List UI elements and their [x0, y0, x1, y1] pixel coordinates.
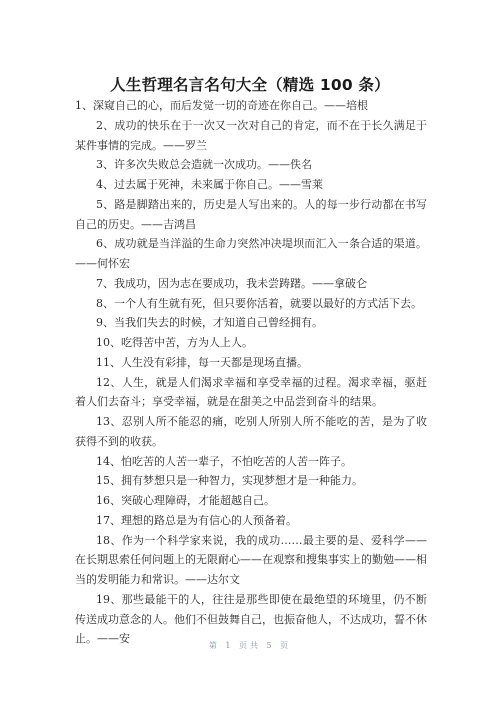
- quote-paragraph-17: 17、理想的路总是为有信心的人预备着。: [75, 511, 427, 531]
- document-body: 1、深窥自己的心，而后发觉一切的奇迹在你自己。——培根 2、成功的快乐在于一次又…: [75, 96, 427, 649]
- quote-paragraph-2: 2、成功的快乐在于一次又一次对自己的肯定，而不在于长久满足于某件事情的完成。——…: [75, 116, 427, 156]
- quote-paragraph-1: 1、深窥自己的心，而后发觉一切的奇迹在你自己。——培根: [75, 96, 427, 116]
- quote-paragraph-7: 7、我成功，因为志在要成功，我未尝踌躇。——拿破仑: [75, 274, 427, 294]
- quote-paragraph-16: 16、突破心理障碍，才能超越自己。: [75, 491, 427, 511]
- quote-paragraph-4: 4、过去属于死神，未来属于你自己。——雪莱: [75, 175, 427, 195]
- document-page: 人生哲理名言名句大全（精选 100 条） 1、深窥自己的心，而后发觉一切的奇迹在…: [0, 0, 500, 707]
- quote-paragraph-15: 15、拥有梦想只是一种智力，实现梦想才是一种能力。: [75, 471, 427, 491]
- quote-paragraph-12: 12、人生，就是人们渴求幸福和享受幸福的过程。渴求幸福，驱赶着人们去奋斗；享受幸…: [75, 373, 427, 413]
- quote-paragraph-10: 10、吃得苦中苦，方为人上人。: [75, 333, 427, 353]
- quote-paragraph-11: 11、人生没有彩排，每一天都是现场直播。: [75, 353, 427, 373]
- quote-paragraph-6: 6、成功就是当洋溢的生命力突然冲决堤坝而汇入一条合适的渠道。——何怀宏: [75, 234, 427, 274]
- quote-paragraph-8: 8、一个人有生就有死，但只要你活着，就要以最好的方式活下去。: [75, 294, 427, 314]
- quote-paragraph-9: 9、当我们失去的时候，才知道自己曾经拥有。: [75, 313, 427, 333]
- quote-paragraph-5: 5、路是脚踏出来的，历史是人写出来的。人的每一步行动都在书写自己的历史。——吉鸿…: [75, 195, 427, 235]
- quote-paragraph-18: 18、作为一个科学家来说，我的成功……最主要的是、爱科学——在长期思索任何问题上…: [75, 531, 427, 590]
- document-title: 人生哲理名言名句大全（精选 100 条）: [0, 74, 500, 96]
- quote-paragraph-14: 14、怕吃苦的人苦一辈子，不怕吃苦的人苦一阵子。: [75, 452, 427, 472]
- quote-paragraph-13: 13、忍别人所不能忍的痛，吃别人所别人所不能吃的苦，是为了收获得不到的收获。: [75, 412, 427, 452]
- page-number-footer: 第 1 页共 5 页: [0, 640, 500, 652]
- quote-paragraph-3: 3、许多次失败总会造就一次成功。——佚名: [75, 155, 427, 175]
